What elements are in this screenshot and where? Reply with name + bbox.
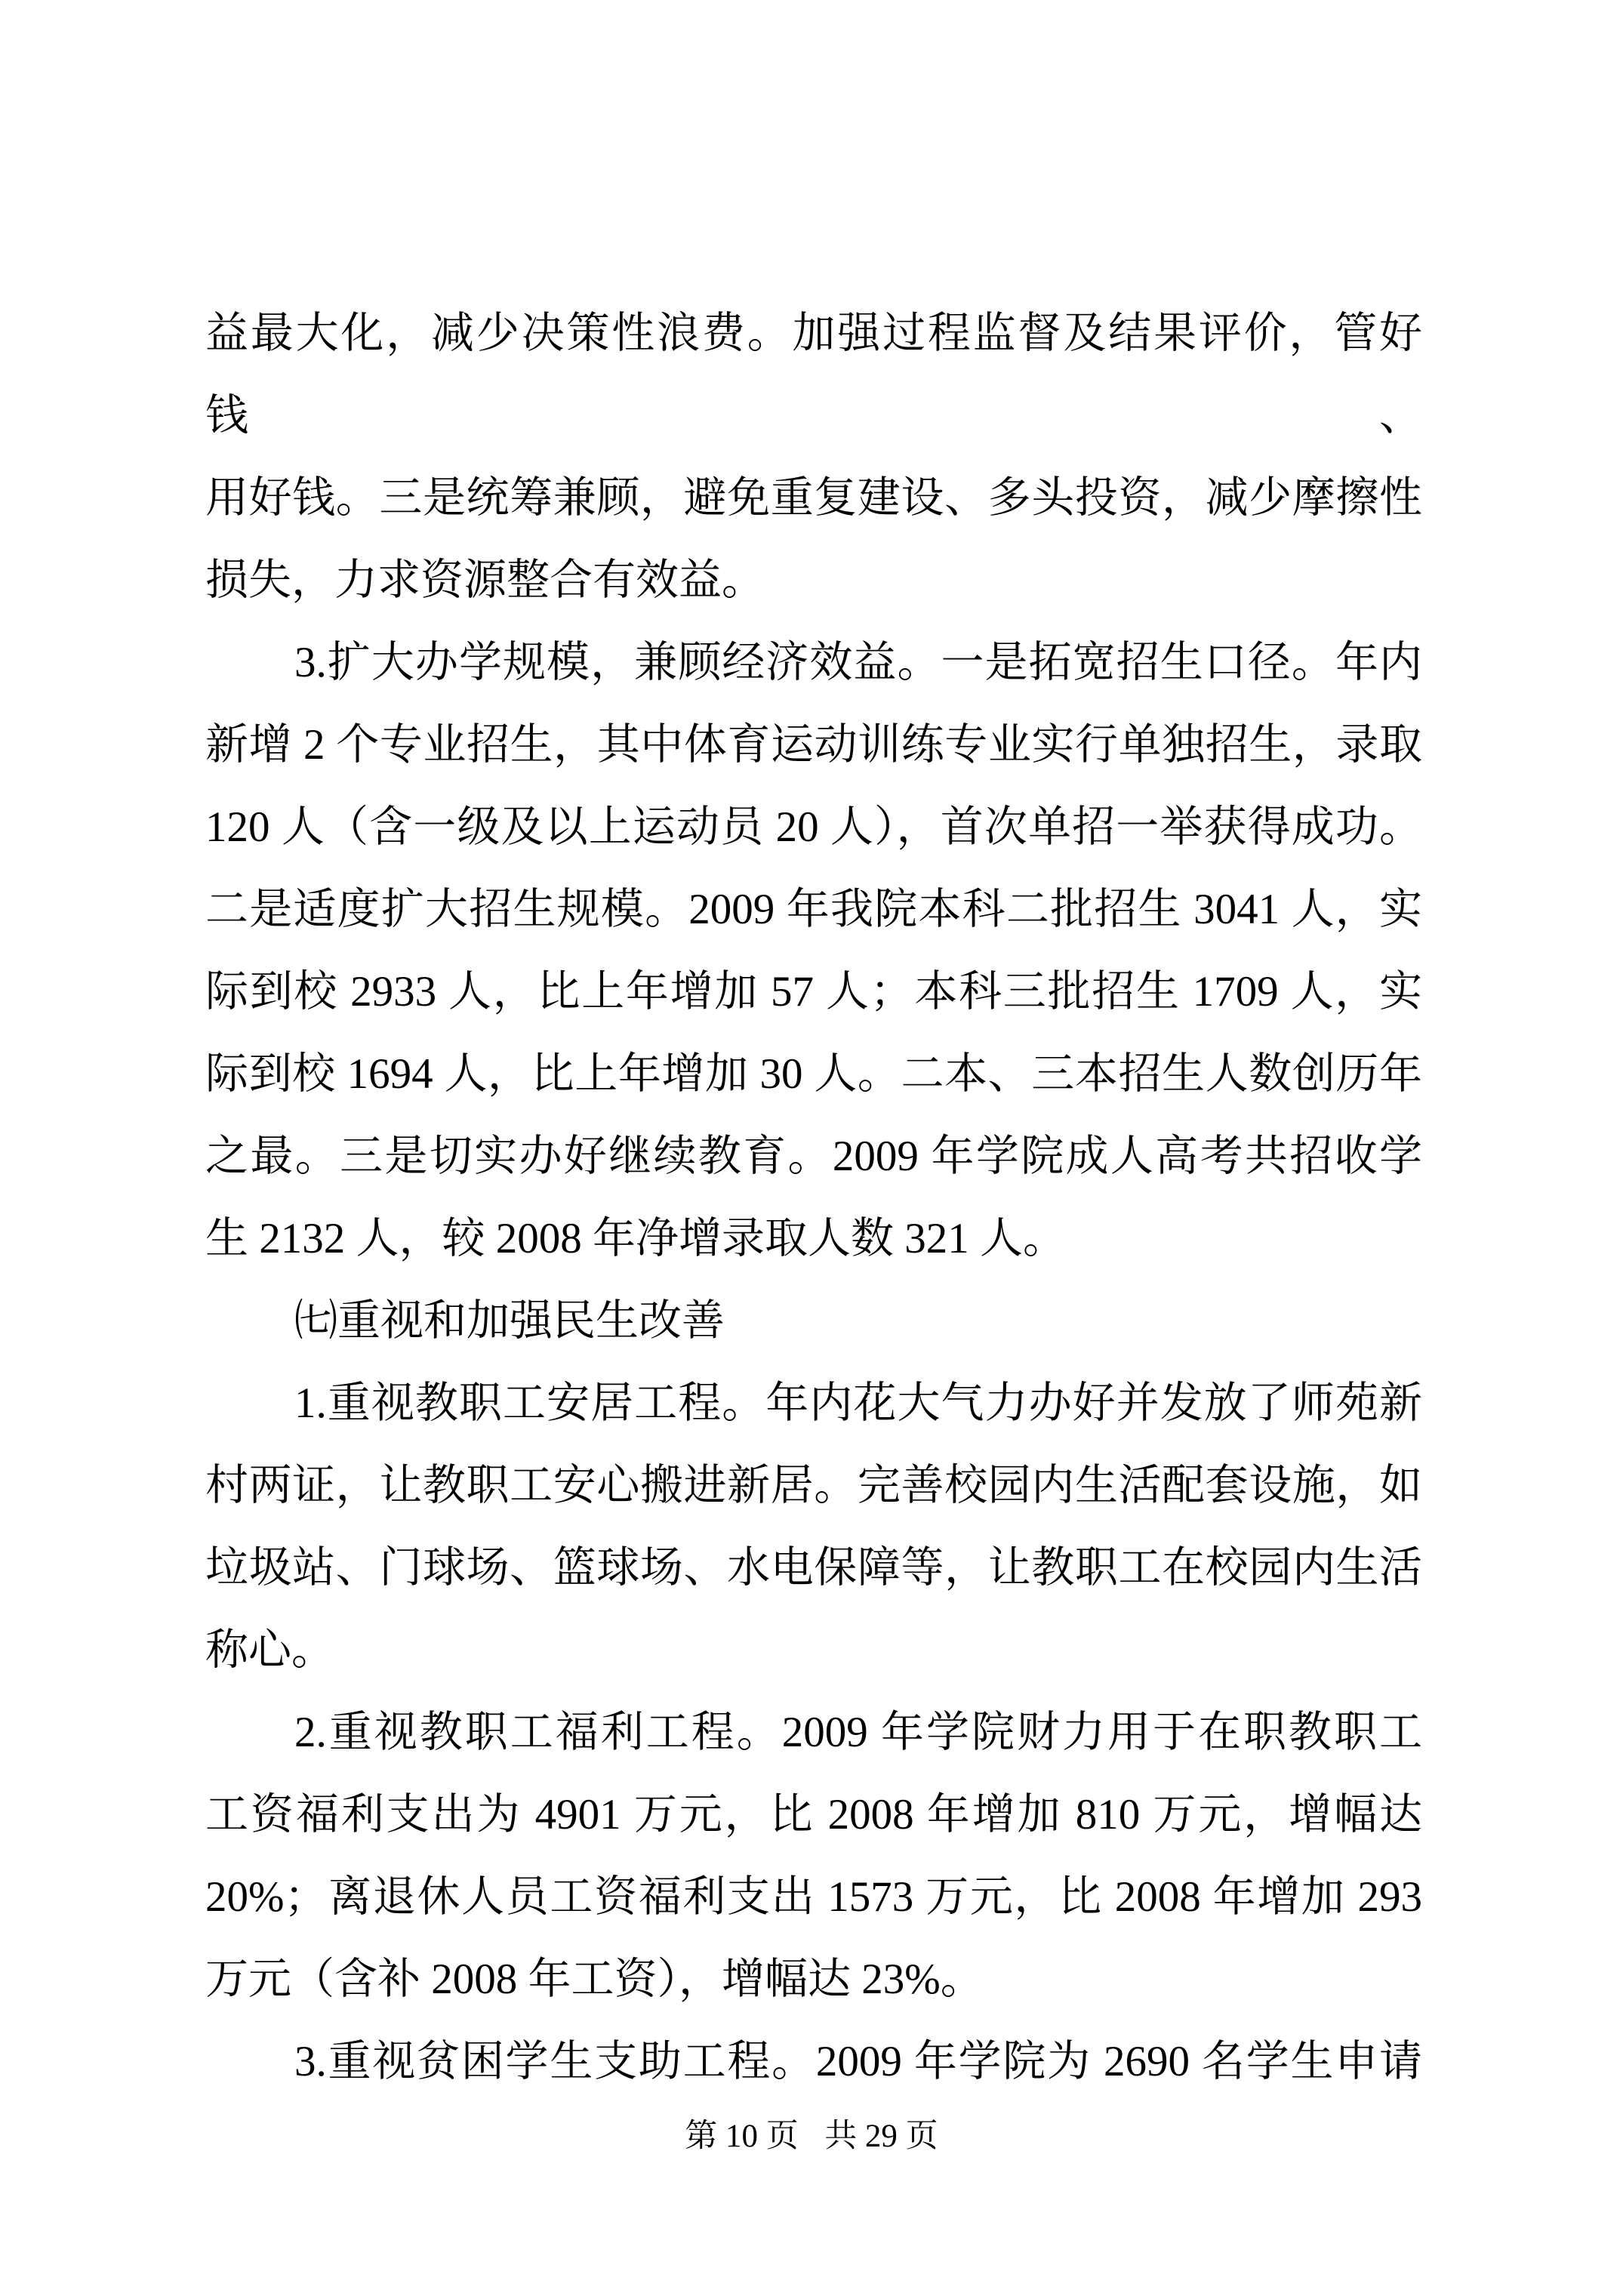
text-line: 际到校 1694 人，比上年增加 30 人。二本、三本招生人数创历年 bbox=[205, 1033, 1422, 1115]
text-line: 之最。三是切实办好继续教育。2009 年学院成人高考共招收学 bbox=[205, 1115, 1422, 1197]
text-line: 工资福利支出为 4901 万元，比 2008 年增加 810 万元，增幅达 bbox=[205, 1774, 1422, 1856]
page-number-label: 第 10 页 bbox=[685, 2119, 799, 2154]
text-line: 用好钱。三是统筹兼顾，避免重复建设、多头投资，减少摩擦性 bbox=[205, 457, 1422, 539]
text-line: 损失，力求资源整合有效益。 bbox=[205, 539, 1422, 621]
page-footer: 第 10 页 共 29 页 bbox=[0, 2119, 1623, 2155]
section-heading: ㈦重视和加强民生改善 bbox=[205, 1280, 1422, 1362]
text-line: 120 人（含一级及以上运动员 20 人），首次单招一举获得成功。 bbox=[205, 786, 1422, 868]
text-line: 3.扩大办学规模，兼顾经济效益。一是拓宽招生口径。年内 bbox=[205, 621, 1422, 704]
text-line: 新增 2 个专业招生，其中体育运动训练专业实行单独招生，录取 bbox=[205, 704, 1422, 786]
text-line: 生 2132 人，较 2008 年净增录取人数 321 人。 bbox=[205, 1197, 1422, 1280]
document-page: 益最大化，减少决策性浪费。加强过程监督及结果评价，管好钱、 用好钱。三是统筹兼顾… bbox=[0, 0, 1623, 2296]
text-line: 际到校 2933 人，比上年增加 57 人；本科三批招生 1709 人，实 bbox=[205, 951, 1422, 1033]
page-total-label: 共 29 页 bbox=[824, 2119, 938, 2154]
document-text-block: 益最大化，减少决策性浪费。加强过程监督及结果评价，管好钱、 用好钱。三是统筹兼顾… bbox=[205, 292, 1422, 2103]
text-line: 垃圾站、门球场、篮球场、水电保障等，让教职工在校园内生活 bbox=[205, 1527, 1422, 1609]
text-line: 1.重视教职工安居工程。年内花大气力办好并发放了师苑新 bbox=[205, 1362, 1422, 1444]
text-line: 益最大化，减少决策性浪费。加强过程监督及结果评价，管好钱、 bbox=[205, 292, 1422, 457]
text-line: 村两证，让教职工安心搬进新居。完善校园内生活配套设施，如 bbox=[205, 1444, 1422, 1527]
text-line: 万元（含补 2008 年工资），增幅达 23%。 bbox=[205, 1938, 1422, 2020]
text-line: 2.重视教职工福利工程。2009 年学院财力用于在职教职工 bbox=[205, 1691, 1422, 1774]
text-line: 3.重视贫困学生支助工程。2009 年学院为 2690 名学生申请 bbox=[205, 2020, 1422, 2103]
text-line: 二是适度扩大招生规模。2009 年我院本科二批招生 3041 人，实 bbox=[205, 868, 1422, 951]
text-line: 称心。 bbox=[205, 1609, 1422, 1691]
text-line: 20%；离退休人员工资福利支出 1573 万元，比 2008 年增加 293 bbox=[205, 1856, 1422, 1938]
